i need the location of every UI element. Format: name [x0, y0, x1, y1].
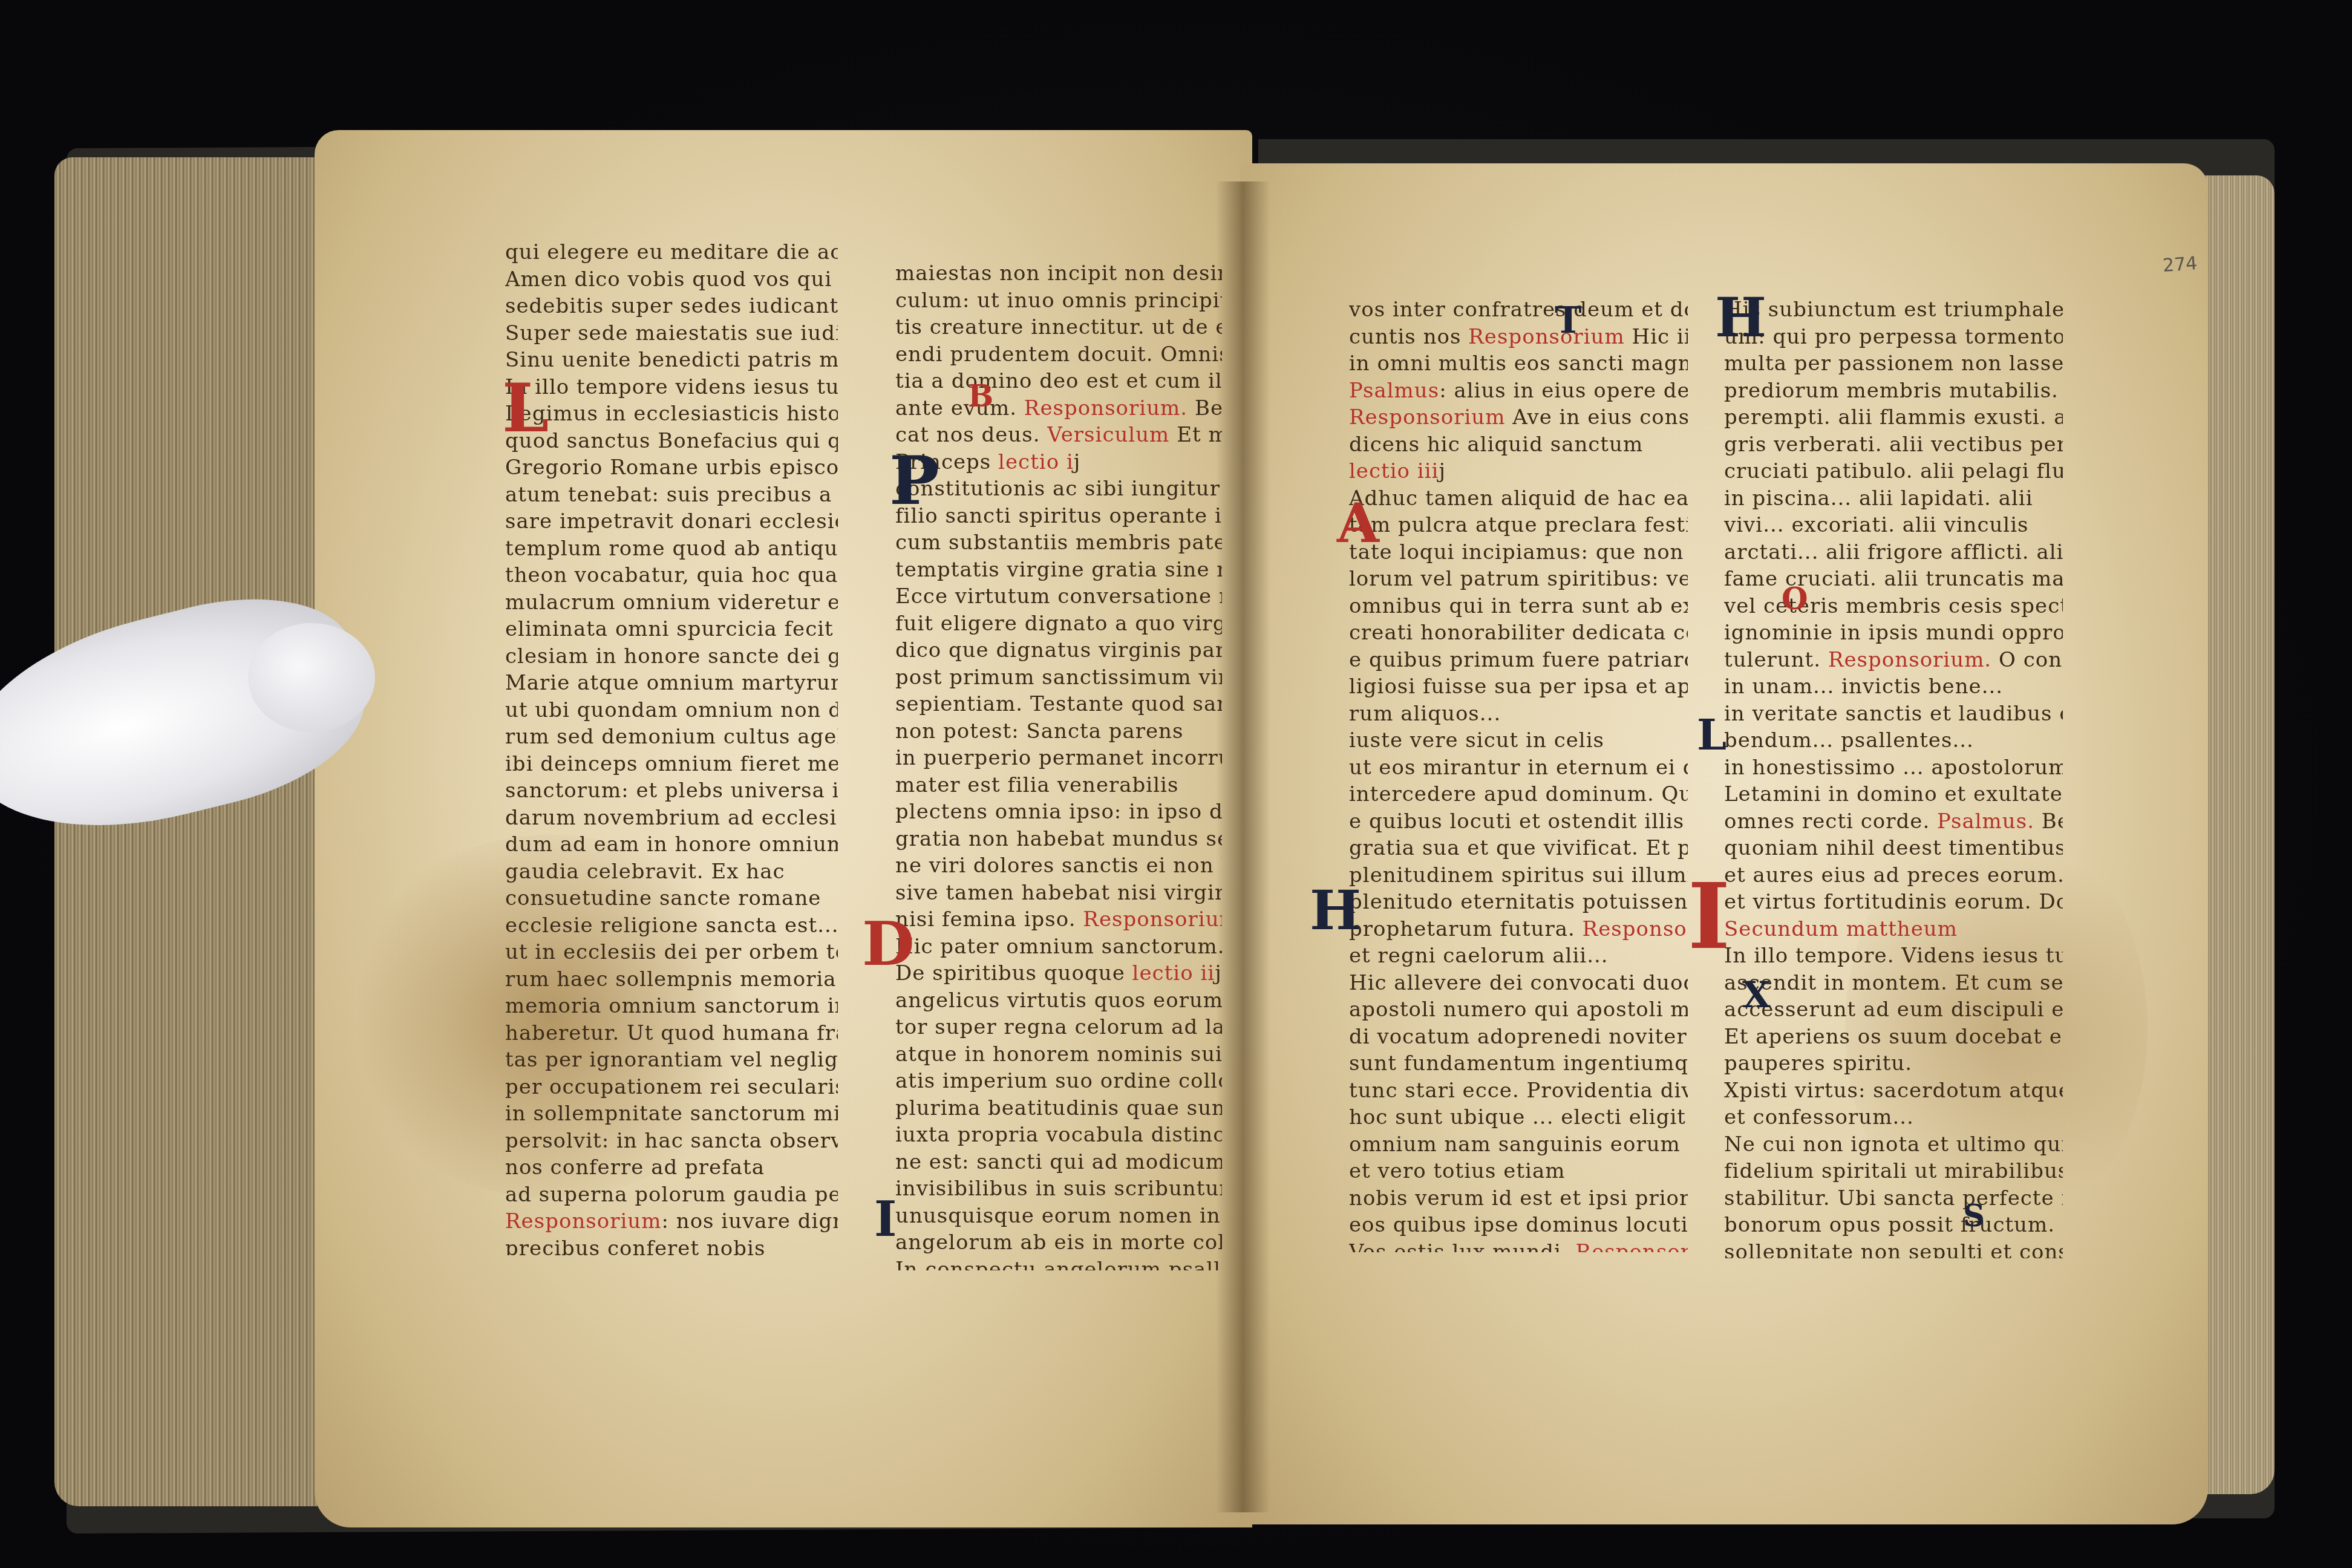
manuscript-line: in piscina... alii lapidati. alii: [1724, 485, 2063, 512]
manuscript-line: arctati... alii frigore afflicti. alii: [1724, 539, 2063, 566]
manuscript-line: Secundum mattheum: [1724, 916, 2063, 943]
manuscript-line: plenitudo eternitatis potuissent praecip…: [1349, 889, 1688, 916]
manuscript-line: His subiunctum est triumphale martiri: [1724, 296, 2063, 324]
initial-I-blue: I: [874, 1195, 897, 1243]
manuscript-line: gris verberati. alii vectibus perforati.…: [1724, 431, 2063, 459]
manuscript-line: cruciati patibulo. alii pelagi fluctibus: [1724, 458, 2063, 485]
manuscript-line: atque in honorem nominis sui ac maiest: [895, 1041, 1222, 1068]
manuscript-line: ante evum. Responsorium. Benedicat nos d…: [895, 395, 1222, 422]
manuscript-line: post primum sanctissimum virginis: [895, 664, 1222, 691]
manuscript-line: creati honorabiliter dedicata consistit:: [1349, 619, 1688, 647]
manuscript-line: ut eos mirantur in eternum ei do dignum: [1349, 754, 1688, 782]
manuscript-line: memoria omnium sanctorum in die ista: [505, 993, 838, 1020]
left-page-block-edges: [54, 157, 345, 1506]
manuscript-line: lectio iiij: [1349, 458, 1688, 485]
manuscript-line: clesiam in honore sancte dei genitricis: [505, 643, 838, 670]
manuscript-line: vivi... excoriati. alii vinculis: [1724, 512, 2063, 539]
manuscript-line: e quibus primum fuere patriarche. verum …: [1349, 647, 1688, 674]
manuscript-line: sunt fundamentum ingentiumque ad hoc te: [1349, 1050, 1688, 1077]
manuscript-line: Sinu uenite benedicti patris mei: [505, 347, 838, 374]
manuscript-line: In illo tempore. Videns iesus turbas. Re…: [1724, 942, 2063, 970]
manuscript-line: tis creature innectitur. ut de eo pequi: [895, 314, 1222, 341]
manuscript-line: persolvit: in hac sancta observatione: [505, 1128, 838, 1155]
manuscript-line: et virtus fortitudinis eorum. Domum... h…: [1724, 889, 2063, 916]
manuscript-line: prediorum membris mutabilis. Alii ferro: [1724, 377, 2063, 405]
manuscript-line: et vero totius etiam: [1349, 1158, 1688, 1185]
manuscript-line: eliminata omni spurcicia fecit ec: [505, 616, 838, 643]
manuscript-line: De spiritibus quoque lectio iij. Cum ...…: [895, 960, 1222, 987]
manuscript-line: quoniam nihil deest timentibus eum. Ecce…: [1724, 835, 2063, 862]
manuscript-line: ad superna polorum gaudia pervenire: [505, 1181, 838, 1209]
manuscript-line: atum tenebat: suis precibus a Foca ce: [505, 482, 838, 509]
manuscript-line: In conspectu angelorum psallam tibi deus: [895, 1256, 1222, 1271]
manuscript-line: ecclesie religione sancta est...: [505, 912, 838, 939]
manuscript-line: fame cruciati. alii truncatis manibus: [1724, 566, 2063, 593]
manuscript-line: perempti. alii flammis exusti. alii flag…: [1724, 404, 2063, 431]
manuscript-line: eos quibus ipse dominus locuti et dicens…: [1349, 1212, 1688, 1239]
manuscript-line: ut ubi quondam omnium non deo: [505, 697, 838, 724]
manuscript-line: haberetur. Ut quod humana fragili: [505, 1020, 838, 1047]
manuscript-line: tor super regna celorum ad laudem et glo…: [895, 1014, 1222, 1041]
manuscript-line: Hic allevere dei convocati duodecim lect…: [1349, 970, 1688, 997]
initial-I-red: I: [1688, 871, 1730, 962]
initial-B-red: B: [968, 381, 993, 411]
manuscript-line: nos conferre ad prefata: [505, 1154, 838, 1181]
manuscript-line: cuntis nos Responsorium Hic iii lectio. …: [1349, 324, 1688, 351]
manuscript-line: Gregorio Romane urbis episcop: [505, 454, 838, 482]
manuscript-line: sedebitis super sedes iudicantes: [505, 293, 838, 320]
initial-D-red: D: [862, 913, 915, 974]
initial-S-blue: S: [1963, 1201, 1985, 1231]
manuscript-line: dum ad eam in honore omnium sanctorum: [505, 831, 838, 858]
manuscript-line: invisibilibus in suis scribuntur: [895, 1175, 1222, 1203]
manuscript-line: tam pulcra atque preclara festivi: [1349, 512, 1688, 539]
manuscript-line: Legimus in ecclesiasticis historiis: [505, 400, 838, 428]
manuscript-line: iuxta propria vocabula distincti: [895, 1122, 1222, 1149]
manuscript-line: stabilitur. Ubi sancta perfecte in marce…: [1724, 1185, 2063, 1212]
initial-P-blue: P: [889, 448, 939, 514]
manuscript-line: plenitudinem spiritus sui illuminavit ag…: [1349, 862, 1688, 889]
manuscript-line: vel ceteris membris cesis spectaculum: [1724, 593, 2063, 620]
manuscript-line: darum novembrium ad ecclesiam convenit: [505, 805, 838, 832]
manuscript-line: tia a domino deo est et cum illo fuit se…: [895, 368, 1222, 395]
manuscript-line: iuste vere sicut in celis: [1349, 727, 1688, 754]
manuscript-line: quod sanctus Bonefacius qui quartus a be…: [505, 428, 838, 455]
manuscript-line: Xpisti virtus: sacerdotum atque: [1724, 1077, 2063, 1105]
manuscript-line: maiestas non incipit non desinit in se: [895, 260, 1222, 287]
manuscript-line: Responsorium: nos iuvare dignetur: [505, 1208, 838, 1235]
manuscript-line: in veritate sanctis et laudibus eius...: [1724, 701, 2063, 728]
manuscript-line: Marie atque omnium martyrum: [505, 670, 838, 697]
manuscript-line: et confessorum...: [1724, 1104, 2063, 1131]
manuscript-line: mater est filia venerabilis: [895, 772, 1222, 799]
manuscript-line: um: qui pro perpessa tormentorum genera: [1724, 324, 2063, 351]
manuscript-line: sive tamen habebat nisi virginem: [895, 880, 1222, 907]
initial-X-blue: X: [1742, 977, 1771, 1013]
manuscript-line: endi prudentem docuit. Omnis sapien: [895, 341, 1222, 368]
manuscript-line: nobis verum id est et ipsi priores ad: [1349, 1185, 1688, 1212]
manuscript-line: tate loqui incipiamus: que non soli ange: [1349, 539, 1688, 566]
manuscript-line: Super sede maiestatis sue iudicantes: [505, 320, 838, 347]
manuscript-line: rum haec sollempnis memoria: [505, 966, 838, 993]
manuscript-line: consuetudine sancte romane: [505, 885, 838, 912]
manuscript-line: dicens hic aliquid sanctum: [1349, 431, 1688, 459]
manuscript-line: non potest: Sancta parens: [895, 718, 1222, 745]
manuscript-line: sepientiam. Testante quod sanctus: [895, 691, 1222, 718]
manuscript-line: in honestissimo ... apostolorum Responso…: [1724, 754, 2063, 782]
manuscript-line: Letamini in domino et exultate iusti et …: [1724, 781, 2063, 808]
manuscript-line: rum aliquos...: [1349, 701, 1688, 728]
manuscript-line: in puerperio permanet incorrupta: [895, 745, 1222, 772]
manuscript-line: prophetarum futura. Responsorium. Benedi…: [1349, 916, 1688, 943]
initial-L-blue: L: [1697, 714, 1726, 756]
manuscript-line: templum rome quod ab antiquis pan: [505, 535, 838, 563]
manuscript-line: tulerunt. Responsorium. O constantia mar…: [1724, 647, 2063, 674]
manuscript-line: et regni caelorum alii...: [1349, 942, 1688, 970]
manuscript-line: culum: ut inuo omnis principium nascen: [895, 287, 1222, 315]
manuscript-line: e quibus locuti et ostendit illis se: [1349, 808, 1688, 835]
manuscript-line: multa per passionem non lassescentibus p…: [1724, 350, 2063, 377]
manuscript-line: ignominie in ipsis mundi opprobrium pos: [1724, 619, 2063, 647]
text-column-2: maiestas non incipit non desinit in secu…: [895, 260, 1222, 1270]
manuscript-line: in omni multis eos sancti magna: [1349, 350, 1688, 377]
manuscript-line: rum sed demonium cultus agebatur: [505, 724, 838, 751]
manuscript-line: omnium nam sanguinis eorum pro Christo e…: [1349, 1131, 1688, 1158]
manuscript-line: apostoli numero qui apostoli mun: [1349, 996, 1688, 1024]
manuscript-line: cat nos deus. Versiculum Et metuant eum …: [895, 422, 1222, 449]
manuscript-line: unusquisque eorum nomen in celis: [895, 1203, 1222, 1230]
manuscript-line: Princeps lectio ij: [895, 449, 1222, 476]
manuscript-line: theon vocabatur, quia hoc quasi sy: [505, 562, 838, 589]
manuscript-line: gaudia celebravit. Ex hac: [505, 858, 838, 886]
manuscript-line: plectens omnia ipso: in ipso dies: [895, 799, 1222, 826]
manuscript-line: in unam... invictis bene...: [1724, 673, 2063, 701]
manuscript-line: dico que dignatus virginis partum: [895, 637, 1222, 664]
manuscript-line: filio sancti spiritus operante ineffabil…: [895, 503, 1222, 530]
manuscript-line: atis imperium suo ordine collocavit:: [895, 1068, 1222, 1095]
manuscript-line: Ne cui non ignota et ultimo qui cordi: [1724, 1131, 2063, 1158]
manuscript-line: bendum... psallentes...: [1724, 727, 2063, 754]
manuscript-line: pauperes spiritu.: [1724, 1050, 2063, 1077]
manuscript-line: angelicus virtutis quos eorum condi: [895, 987, 1222, 1014]
manuscript-line: precibus conferet nobis: [505, 1235, 838, 1256]
initial-L-red: L: [502, 375, 549, 442]
manuscript-line: vos inter confratres deum et dominum: [1349, 296, 1688, 324]
manuscript-line: fuit eligere dignato a quo virginali: [895, 610, 1222, 638]
initial-O-red: O: [1782, 584, 1808, 614]
manuscript-line: sare impetravit donari ecclesie xpi: [505, 508, 838, 535]
manuscript-line: sanctorum: et plebs universa in capite k…: [505, 777, 838, 805]
manuscript-line: bonorum opus possit fructum.: [1724, 1212, 2063, 1239]
manuscript-line: sollepnitate non sepulti et consuetudine: [1724, 1239, 2063, 1259]
manuscript-line: temptatis virgine gratia sine macula: [895, 557, 1222, 584]
text-column-4: His subiunctum est triumphale martirium:…: [1724, 296, 2063, 1258]
manuscript-line: tunc stari ecce. Providentia divina evol…: [1349, 1077, 1688, 1105]
manuscript-line: di vocatum adoprenedi noviter: [1349, 1024, 1688, 1051]
gutter-shadow: [1216, 181, 1270, 1512]
manuscript-line: Responsorium Ave in eius conspectu: [1349, 404, 1688, 431]
manuscript-line: constitutionis ac sibi iungitur: [895, 475, 1222, 503]
manuscript-line: omnes recti corde. Psalmus. Beati quorum…: [1724, 808, 2063, 835]
initial-H-blue: H: [1715, 290, 1766, 345]
manuscript-line: In illo tempore videns iesus turbas asce…: [505, 374, 838, 401]
manuscript-line: Vos estis lux mundi. Responsorium.: [1349, 1239, 1688, 1253]
manuscript-line: cum substantiis membris patet: [895, 529, 1222, 557]
gloved-fingertip: [248, 623, 375, 732]
manuscript-line: ut in ecclesiis dei per orbem terra: [505, 939, 838, 966]
manuscript-line: fidelium spiritali ut mirabilibus ...: [1724, 1158, 2063, 1185]
manuscript-line: qui elegere eu meditare die ac nocte: [505, 239, 838, 266]
initial-A-red: A: [1337, 496, 1379, 550]
manuscript-line: lorum vel patrum spiritibus: verum et sa…: [1349, 566, 1688, 593]
manuscript-line: plurima beatitudinis quae sunt plena: [895, 1095, 1222, 1122]
manuscript-line: per occupationem rei secularis: [505, 1074, 838, 1101]
manuscript-line: nisi femina ipso. Responsorium. Sicut ex…: [895, 906, 1222, 933]
folio-number: 274: [2162, 253, 2198, 276]
manuscript-line: ascendit in montem. Et cum sedisset: [1724, 970, 2063, 997]
manuscript-line: accesserunt ad eum discipuli eius. Respo…: [1724, 996, 2063, 1024]
manuscript-line: hoc sunt ubique ... electi eligit...: [1349, 1104, 1688, 1131]
manuscript-line: Psalmus: alius in eius opere deum: [1349, 377, 1688, 405]
initial-H-blue: H: [1310, 883, 1361, 938]
manuscript-line: intercedere apud dominum. Quoniam loco i…: [1349, 781, 1688, 808]
manuscript-line: ne viri dolores sanctis ei non habebat: [895, 852, 1222, 880]
manuscript-line: et aures eius ad preces eorum. Psalmus. …: [1724, 862, 2063, 889]
manuscript-line: ligiosi fuisse sua per ipsa et apostolo: [1349, 673, 1688, 701]
manuscript-line: ibi deinceps omnium fieret memoria: [505, 751, 838, 778]
text-column-3: vos inter confratres deum et dominumcunt…: [1349, 296, 1688, 1252]
manuscript-line: ne est: sancti qui ad modicum: [895, 1149, 1222, 1176]
manuscript-line: gratia sua et que vivificat. Et per: [1349, 835, 1688, 862]
manuscript-line: tas per ignorantiam vel negligentiam: [505, 1047, 838, 1074]
manuscript-line: in sollempnitate sanctorum minus plene: [505, 1100, 838, 1128]
manuscript-line: Amen dico vobis quod vos qui secuti esti…: [505, 266, 838, 293]
text-column-1: qui elegere eu meditare die ac nocteAmen…: [505, 239, 838, 1255]
manuscript-line: Adhuc tamen aliquid de hac eadem: [1349, 485, 1688, 512]
manuscript-line: gratia non habebat mundus sed sive: [895, 826, 1222, 853]
manuscript-line: angelorum ab eis in morte colendus: [895, 1229, 1222, 1256]
manuscript-line: mulacrum omnium videretur esse deorum. I…: [505, 589, 838, 616]
manuscript-line: Ecce virtutum conversatione maxime: [895, 583, 1222, 610]
initial-T-blue: T: [1555, 302, 1582, 339]
manuscript-line: Hic pater omnium sanctorum.: [895, 933, 1222, 961]
manuscript-line: omnibus qui in terra sunt ab exordio mun…: [1349, 593, 1688, 620]
manuscript-line: Et aperiens os suum docebat eos dicens. …: [1724, 1024, 2063, 1051]
